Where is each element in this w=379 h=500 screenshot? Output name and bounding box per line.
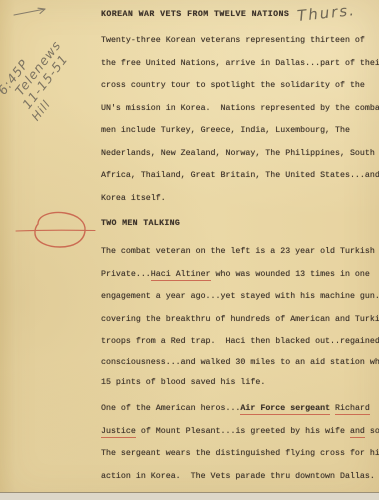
- typed-line: Twenty-three Korean veterans representin…: [101, 36, 365, 45]
- typed-text: One of the American heros...: [101, 404, 240, 413]
- typed-text: Africa, Thailand, Great Britain, The Uni…: [101, 171, 379, 180]
- typed-text: who was wounded 13 times in one: [211, 270, 370, 279]
- typed-line: UN's mission in Korea. Nations represent…: [101, 104, 379, 113]
- typed-line: The combat veteran on the left is a 23 y…: [101, 247, 375, 256]
- typed-text: troops from a Red trap. Haci then blacke…: [101, 337, 379, 346]
- red-underlined-text: Justice: [101, 427, 136, 438]
- typed-text: Korea itself.: [101, 194, 166, 203]
- red-underlined-text: Haci Altiner: [151, 270, 211, 281]
- red-underlined-text: Air Force sergeant: [240, 404, 330, 415]
- typed-text: action in Korea. The Vets parade thru do…: [101, 472, 375, 481]
- typed-line: covering the breakthru of hundreds of Am…: [101, 315, 379, 324]
- typed-line: troops from a Red trap. Haci then blacke…: [101, 337, 379, 346]
- typed-line: Korea itself.: [101, 194, 166, 203]
- paper-bottom-edge: [0, 492, 379, 500]
- typed-text: UN's mission in Korea. Nations represent…: [101, 104, 379, 113]
- typed-line: engagement a year ago...yet stayed with …: [101, 292, 379, 301]
- typed-text: 15 pints of blood saved his life.: [101, 378, 265, 387]
- typed-line: action in Korea. The Vets parade thru do…: [101, 472, 375, 481]
- typed-line: cross country tour to spotlight the soli…: [101, 81, 365, 90]
- typed-line: One of the American heros...Air Force se…: [101, 404, 370, 413]
- typed-text: consciousness...and walked 30 miles to a…: [101, 358, 379, 367]
- typed-line: Justice of Mount Plesant...is greeted by…: [101, 427, 379, 436]
- typed-line: Africa, Thailand, Great Britain, The Uni…: [101, 171, 379, 180]
- red-underlined-text: and: [350, 427, 365, 438]
- typed-line: the free United Nations, arrive in Dalla…: [101, 59, 379, 68]
- typed-text: Nederlands, New Zealand, Norway, The Phi…: [101, 149, 375, 158]
- typed-text: of Mount Plesant...is greeted by his wif…: [136, 427, 350, 436]
- typed-line: men include Turkey, Greece, India, Luxem…: [101, 126, 350, 135]
- typed-line: The sergeant wears the distinguished fly…: [101, 449, 379, 458]
- typed-text: Twenty-three Korean veterans representin…: [101, 36, 365, 45]
- scene-heading: TWO MEN TALKING: [101, 219, 180, 228]
- typed-line: Private...Haci Altiner who was wounded 1…: [101, 270, 370, 279]
- news-script-page: 6:45P Telenews 11-15-51 Hill Thurs. KORE…: [0, 0, 379, 500]
- script-title: KOREAN WAR VETS FROM TWELVE NATIONS: [101, 10, 289, 19]
- typed-line: consciousness...and walked 30 miles to a…: [101, 358, 379, 367]
- typed-line: Nederlands, New Zealand, Norway, The Phi…: [101, 149, 375, 158]
- red-underlined-text: Richard: [335, 404, 370, 415]
- typed-text: engagement a year ago...yet stayed with …: [101, 292, 379, 301]
- typed-text: covering the breakthru of hundreds of Am…: [101, 315, 379, 324]
- typed-text: the free United Nations, arrive in Dalla…: [101, 59, 379, 68]
- typed-text: son.: [365, 427, 379, 436]
- typed-text: men include Turkey, Greece, India, Luxem…: [101, 126, 350, 135]
- typed-text: Private...: [101, 270, 151, 279]
- typed-line: 15 pints of blood saved his life.: [101, 378, 265, 387]
- typed-text: The sergeant wears the distinguished fly…: [101, 449, 379, 458]
- typed-text: cross country tour to spotlight the soli…: [101, 81, 365, 90]
- typed-text: The combat veteran on the left is a 23 y…: [101, 247, 375, 256]
